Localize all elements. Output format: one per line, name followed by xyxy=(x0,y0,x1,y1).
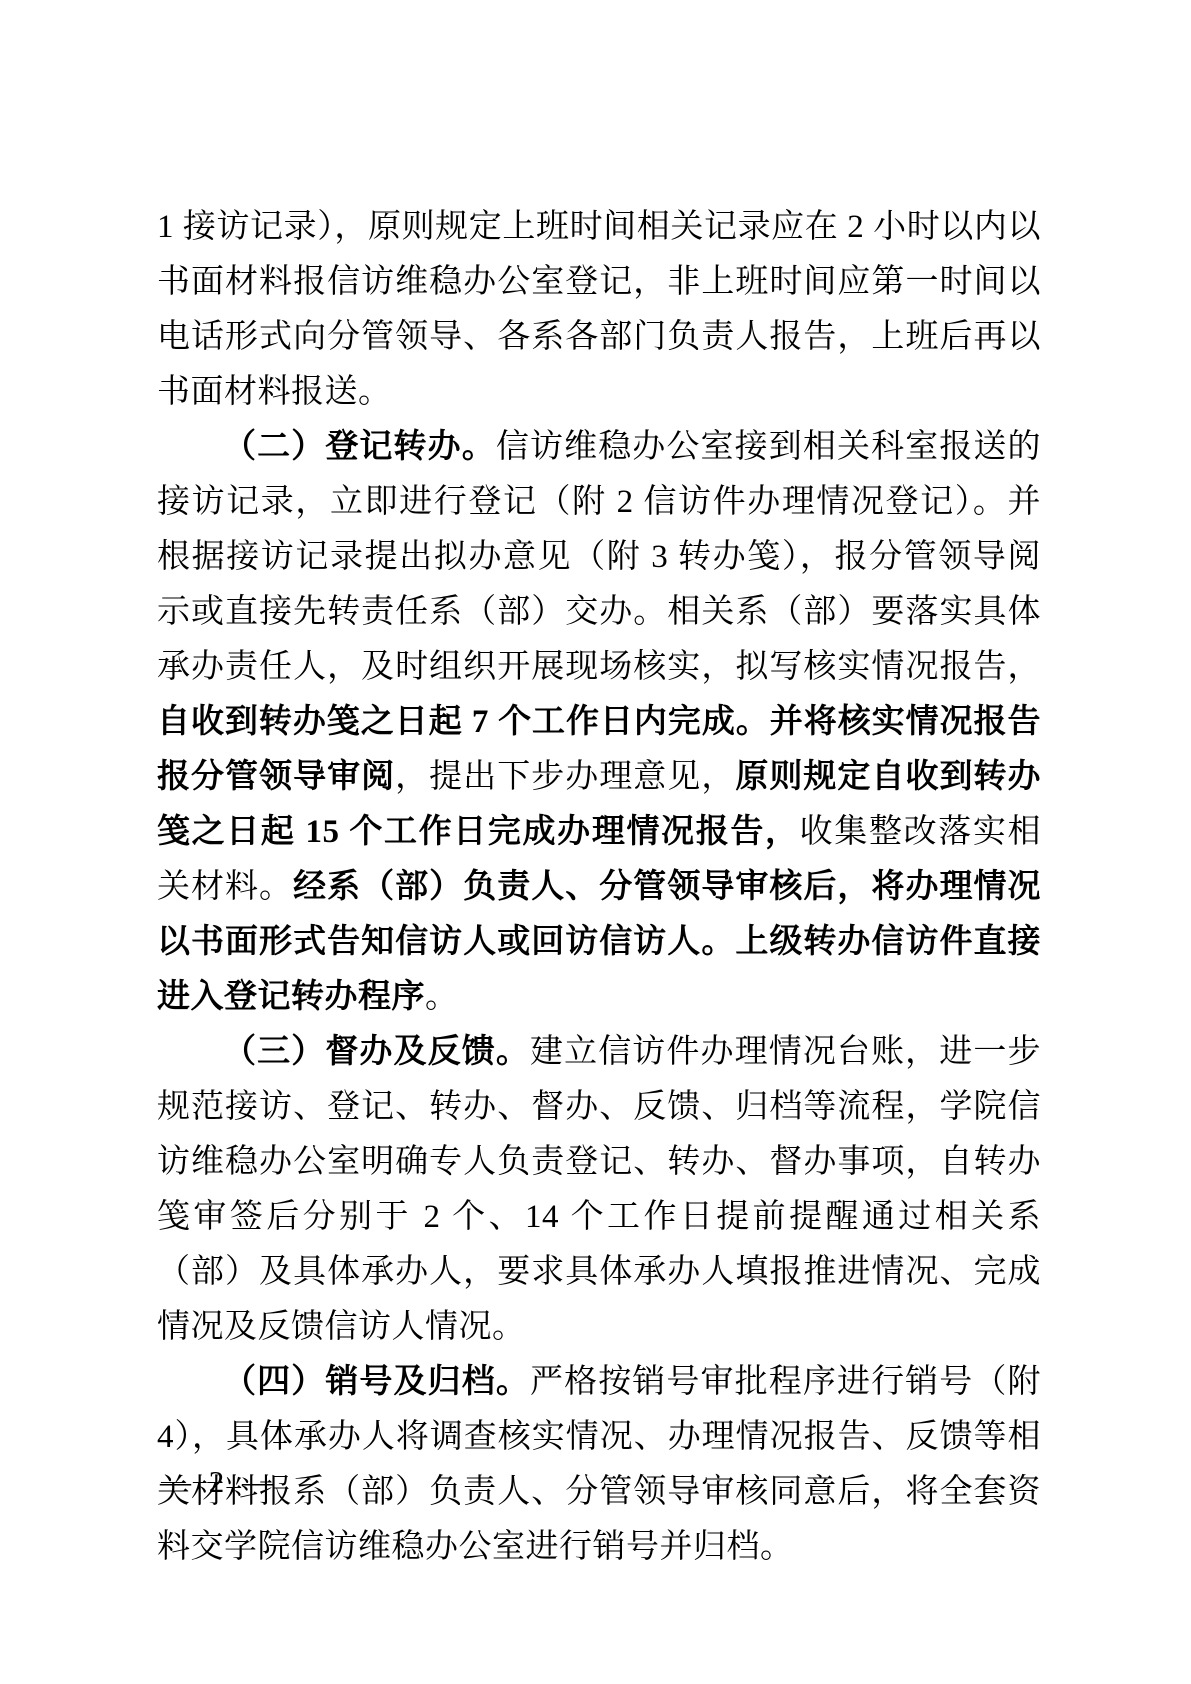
document-body: 1 接访记录），原则规定上班时间相关记录应在 2 小时以内以书面材料报信访维稳办… xyxy=(157,200,1041,1575)
text-segment: ，提出下步办理意见， xyxy=(395,759,735,795)
paragraph-continuation: 1 接访记录），原则规定上班时间相关记录应在 2 小时以内以书面材料报信访维稳办… xyxy=(157,200,1041,420)
paragraph-section-4: （四）销号及归档。严格按销号审批程序进行销号（附 4），具体承办人将调查核实情况… xyxy=(157,1355,1041,1575)
text-segment: 建立信访件办理情况台账，进一步规范接访、登记、转办、督办、反馈、归档等流程，学院… xyxy=(157,1034,1041,1345)
text-segment: 1 接访记录），原则规定上班时间相关记录应在 2 小时以内以书面材料报信访维稳办… xyxy=(157,209,1041,410)
page-number: — 2 — xyxy=(160,1462,273,1502)
paragraph-section-2: （二）登记转办。信访维稳办公室接到相关科室报送的接访记录，立即进行登记（附 2 … xyxy=(157,420,1041,1025)
text-segment: 信访维稳办公室接到相关科室报送的接访记录，立即进行登记（附 2 信访件办理情况登… xyxy=(157,429,1041,685)
text-segment: 。 xyxy=(425,979,459,1015)
bold-text-segment: （二）登记转办。 xyxy=(223,429,496,465)
paragraph-section-3: （三）督办及反馈。建立信访件办理情况台账，进一步规范接访、登记、转办、督办、反馈… xyxy=(157,1025,1041,1355)
bold-text-segment: （四）销号及归档。 xyxy=(223,1364,530,1400)
document-page: 1 接访记录），原则规定上班时间相关记录应在 2 小时以内以书面材料报信访维稳办… xyxy=(0,0,1191,1684)
bold-text-segment: （三）督办及反馈。 xyxy=(223,1034,530,1070)
